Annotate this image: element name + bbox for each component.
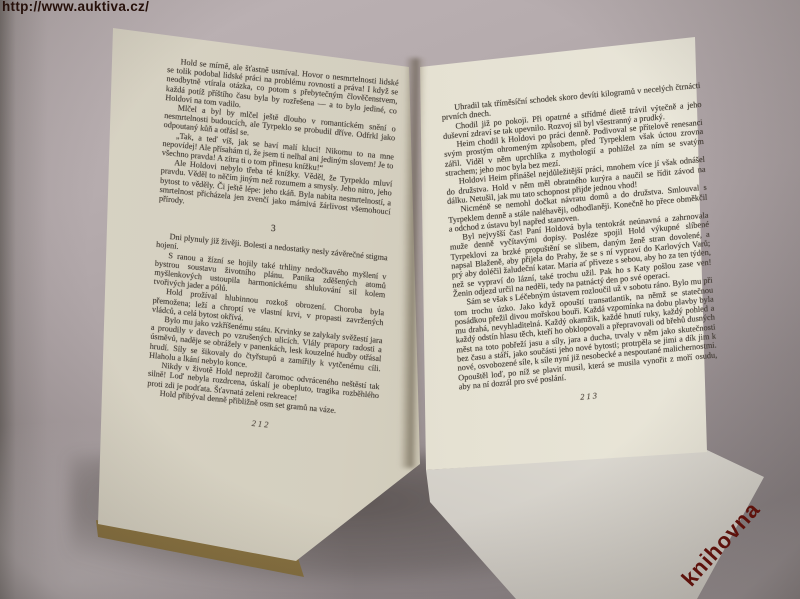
watermark-url: http://www.auktiva.cz/	[2, 0, 149, 14]
book-photograph: Hold se mírně, ale šťastně usmíval. Hovo…	[0, 0, 800, 599]
right-page-text: Uhradil tak tříměsíční schodek skoro dev…	[441, 81, 719, 413]
left-page-paragraphs-top: Hold se mírně, ale šťastně usmíval. Hovo…	[159, 56, 399, 226]
right-page-paragraphs: Uhradil tak tříměsíční schodek skoro dev…	[441, 81, 718, 392]
left-page-paragraphs-bottom: Dni plynuly již živěji. Bolesti a nedost…	[147, 231, 388, 419]
left-page-text: Hold se mírně, ale šťastně usmíval. Hovo…	[145, 56, 399, 440]
